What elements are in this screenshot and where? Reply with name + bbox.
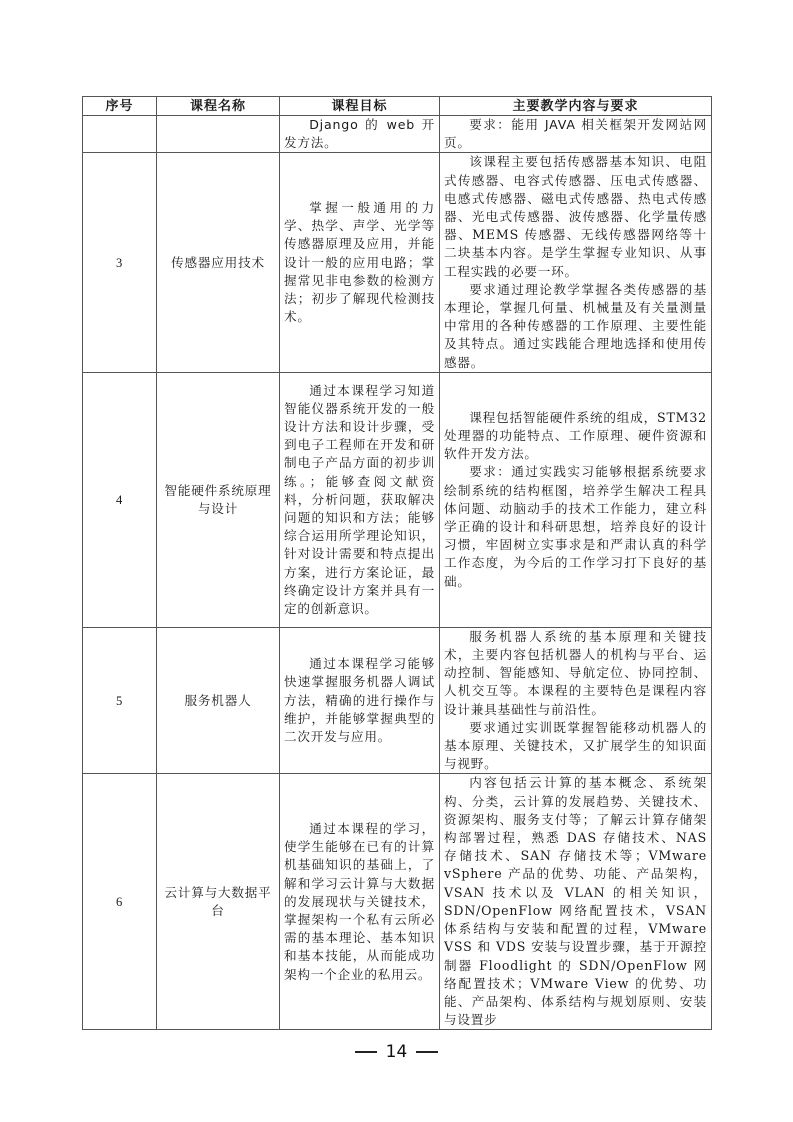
document-page: 序号 课程名称 课程目标 主要教学内容与要求 Django 的 web 开发方法… [0, 0, 793, 1122]
content-paragraph: 服务机器人系统的基本原理和关键技术，主要内容包括机器人的机构与平台、运动控制、智… [444, 628, 707, 719]
header-course-goal: 课程目标 [280, 97, 440, 116]
table-row: 4 智能硬件系统原理与设计 通过本课程学习知道智能仪器系统开发的一般设计方法和设… [83, 372, 712, 627]
goal-paragraph: 掌握一般通用的力学、热学、声学、光学等传感器原理及应用，并能设计一般的应用电路；… [284, 199, 435, 326]
goal-paragraph: Django 的 web 开发方法。 [284, 116, 435, 152]
cell-index: 4 [83, 372, 157, 627]
table-row: 5 服务机器人 通过本课程学习能够快速掌握服务机器人调试方法，精确的进行操作与维… [83, 627, 712, 774]
content-paragraph: 该课程主要包括传感器基本知识、电阻式传感器、电容式传感器、压电式传感器、电感式传… [444, 153, 707, 280]
cell-index: 3 [83, 153, 157, 372]
cell-course-name: 服务机器人 [157, 627, 280, 774]
footer-dash-left [355, 1051, 377, 1052]
header-index: 序号 [83, 97, 157, 116]
cell-content: 该课程主要包括传感器基本知识、电阻式传感器、电容式传感器、压电式传感器、电感式传… [440, 153, 712, 372]
goal-paragraph: 通过本课程的学习，使学生能够在已有的计算机基础知识的基础上，了解和学习云计算与大… [284, 820, 435, 984]
table-header-row: 序号 课程名称 课程目标 主要教学内容与要求 [83, 97, 712, 116]
content-paragraph: 课程包括智能硬件系统的组成，STM32 处理器的功能特点、工作原理、硬件资源和软… [444, 409, 707, 464]
page-footer: 14 [0, 1042, 793, 1062]
cell-content: 要求：能用 JAVA 相关框架开发网站网页。 [440, 116, 712, 153]
content-paragraph: 要求通过实训既掌握智能移动机器人的基本原理、关键技术，又扩展学生的知识面与视野。 [444, 719, 707, 774]
table-row: 6 云计算与大数据平台 通过本课程的学习，使学生能够在已有的计算机基础知识的基础… [83, 774, 712, 1030]
cell-course-goal: 掌握一般通用的力学、热学、声学、光学等传感器原理及应用，并能设计一般的应用电路；… [280, 153, 440, 372]
cell-course-goal: 通过本课程学习能够快速掌握服务机器人调试方法，精确的进行操作与维护，并能够掌握典… [280, 627, 440, 774]
cell-content: 服务机器人系统的基本原理和关键技术，主要内容包括机器人的机构与平台、运动控制、智… [440, 627, 712, 774]
cell-course-goal: 通过本课程的学习，使学生能够在已有的计算机基础知识的基础上，了解和学习云计算与大… [280, 774, 440, 1030]
table-row: Django 的 web 开发方法。 要求：能用 JAVA 相关框架开发网站网页… [83, 116, 712, 153]
cell-index [83, 116, 157, 153]
course-table: 序号 课程名称 课程目标 主要教学内容与要求 Django 的 web 开发方法… [82, 96, 712, 1030]
header-course-name: 课程名称 [157, 97, 280, 116]
cell-course-goal: Django 的 web 开发方法。 [280, 116, 440, 153]
cell-index: 5 [83, 627, 157, 774]
table-row: 3 传感器应用技术 掌握一般通用的力学、热学、声学、光学等传感器原理及应用，并能… [83, 153, 712, 372]
cell-content: 课程包括智能硬件系统的组成，STM32 处理器的功能特点、工作原理、硬件资源和软… [440, 372, 712, 627]
page-number: 14 [386, 1042, 408, 1062]
content-paragraph: 要求通过理论教学掌握各类传感器的基本理论，掌握几何量、机械量及有关量测量中常用的… [444, 281, 707, 372]
goal-paragraph: 通过本课程学习能够快速掌握服务机器人调试方法，精确的进行操作与维护，并能够掌握典… [284, 655, 435, 746]
cell-index: 6 [83, 774, 157, 1030]
goal-paragraph: 通过本课程学习知道智能仪器系统开发的一般设计方法和设计步骤，受到电子工程师在开发… [284, 382, 435, 619]
cell-course-goal: 通过本课程学习知道智能仪器系统开发的一般设计方法和设计步骤，受到电子工程师在开发… [280, 372, 440, 627]
cell-course-name [157, 116, 280, 153]
header-content-requirements: 主要教学内容与要求 [440, 97, 712, 116]
footer-dash-right [416, 1051, 438, 1052]
content-paragraph: 要求：能用 JAVA 相关框架开发网站网页。 [444, 116, 707, 152]
content-paragraph: 要求：通过实践实习能够根据系统要求绘制系统的结构框图，培养学生解决工程具体问题、… [444, 463, 707, 590]
content-paragraph: 内容包括云计算的基本概念、系统架构、分类，云计算的发展趋势、关键技术、资源架构、… [444, 774, 707, 1029]
cell-course-name: 传感器应用技术 [157, 153, 280, 372]
cell-course-name: 云计算与大数据平台 [157, 774, 280, 1030]
cell-content: 内容包括云计算的基本概念、系统架构、分类，云计算的发展趋势、关键技术、资源架构、… [440, 774, 712, 1030]
cell-course-name: 智能硬件系统原理与设计 [157, 372, 280, 627]
